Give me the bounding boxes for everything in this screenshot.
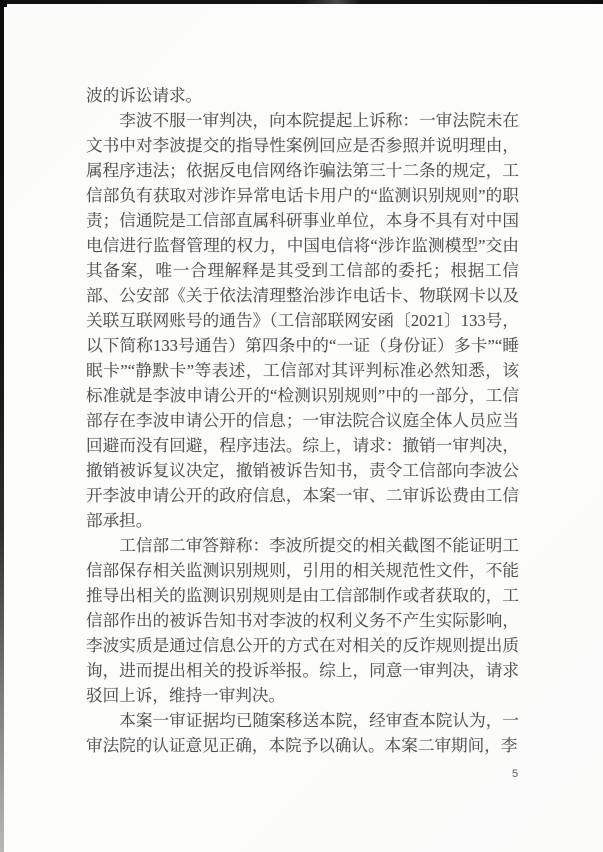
paragraph-continuation: 波的诉讼请求。 (86, 83, 519, 108)
document-body: 波的诉讼请求。 李波不服一审判决，向本院提起上诉称：一审法院未在文书中对李波提交… (86, 83, 519, 758)
scan-edge-left (0, 0, 4, 852)
page-number: 5 (512, 768, 518, 780)
scanned-document-page: 波的诉讼请求。 李波不服一审判决，向本院提起上诉称：一审法院未在文书中对李波提交… (0, 0, 603, 852)
scan-edge-corner (0, 0, 7, 7)
paragraph-appeal-statement: 李波不服一审判决，向本院提起上诉称：一审法院未在文书中对李波提交的指导性案例回应… (86, 108, 519, 533)
paragraph-court-review: 本案一审证据均已随案移送本院，经审查本院认为，一审法院的认证意见正确，本院予以确… (86, 708, 519, 758)
scan-edge-top (0, 0, 603, 4)
paragraph-defense-statement: 工信部二审答辩称：李波所提交的相关截图不能证明工信部保存相关监测识别规则，引用的… (86, 533, 519, 708)
